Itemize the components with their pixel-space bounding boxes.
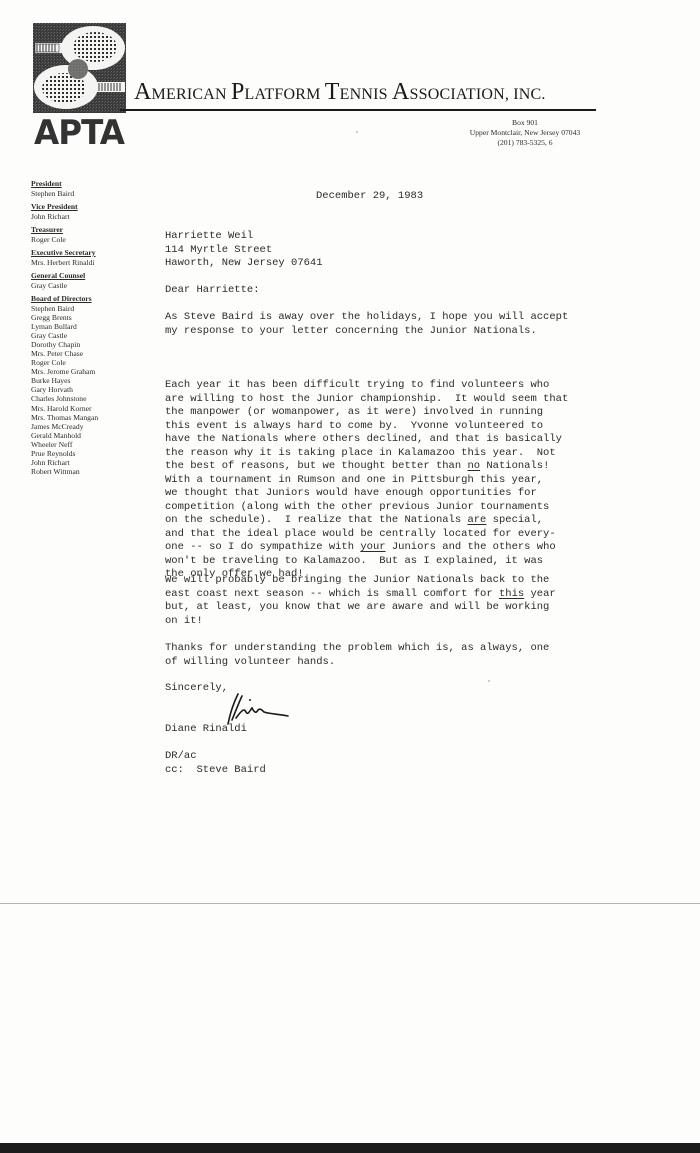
emphasis-underline: your [360,541,385,553]
emphasis-underline: no [467,460,480,472]
paddle-logo-icon: APTA [33,23,126,148]
board-member: Burke Hayes [31,376,141,385]
board-member: Mrs. Harold Korner [31,404,141,413]
board-member: Roger Cole [31,358,141,367]
apta-logo: APTA [33,23,126,148]
org-address: Box 901 Upper Montclair, New Jersey 0704… [440,118,610,148]
paper-speck [356,131,358,133]
recipient-address: Harriette Weil 114 Myrtle Street Haworth… [165,230,323,271]
officer-general-counsel: General Counsel Gray Castle [31,271,141,291]
address-line: Box 901 [440,118,610,128]
letter-date: December 29, 1983 [316,190,423,202]
board-member: Wheeler Neff [31,440,141,449]
recipient-name: Harriette Weil [165,230,323,244]
board-member: Prue Reynolds [31,449,141,458]
paper-speck [488,680,490,682]
board-member: Lyman Bullard [31,322,141,331]
org-word-2: PLATFORM [231,86,321,103]
org-word-4: ASSOCIATION, INC. [392,86,546,103]
board-member: Robert Wittman [31,467,141,476]
paper-fold-line [0,903,700,904]
board-member: Mrs. Jerome Graham [31,367,141,376]
signer-name: Diane Rinaldi [165,723,247,737]
typist-initials: DR/ac [165,750,197,764]
board-member: Charles Johnstone [31,394,141,403]
svg-text:APTA: APTA [34,113,126,148]
address-line: Upper Montclair, New Jersey 07043 [440,128,610,138]
board-member: Gregg Brents [31,313,141,322]
scan-edge [0,1143,700,1153]
paragraph-4: Thanks for understanding the problem whi… [165,642,549,669]
board-member: Gary Horvath [31,385,141,394]
phone-line: (201) 783-5325, 6 [440,138,610,148]
board-of-directors: Board of Directors Stephen Baird Gregg B… [31,294,141,476]
salutation: Dear Harriette: [165,284,260,298]
officer-treasurer: Treasurer Roger Cole [31,225,141,245]
officer-vice-president: Vice President John Richart [31,202,141,222]
board-member: Stephen Baird [31,304,141,313]
board-member: Dorothy Chapin [31,340,141,349]
paragraph-3: We will probably be bringing the Junior … [165,574,556,628]
officers-sidebar: President Stephen Baird Vice President J… [31,179,141,479]
emphasis-underline: are [467,514,486,526]
board-member: Gerald Manhold [31,431,141,440]
board-member: John Richart [31,458,141,467]
org-word-1: AMERICAN [134,86,227,103]
officer-president: President Stephen Baird [31,179,141,199]
recipient-street: 114 Myrtle Street [165,244,323,258]
letter-page: APTA AMERICAN PLATFORM TENNIS ASSOCIATIO… [0,0,700,1143]
letterhead-rule [120,109,596,111]
emphasis-underline: this [499,588,524,600]
paragraph-2: Each year it has been difficult trying t… [165,379,568,582]
board-member: Mrs. Peter Chase [31,349,141,358]
board-member: Mrs. Thomas Mangan [31,413,141,422]
organization-name: AMERICAN PLATFORM TENNIS ASSOCIATION, IN… [134,79,546,106]
recipient-city: Haworth, New Jersey 07641 [165,257,323,271]
officer-executive-secretary: Executive Secretary Mrs. Herbert Rinaldi [31,248,141,268]
org-word-3: TENNIS [325,86,388,103]
carbon-copy: cc: Steve Baird [165,764,266,778]
paragraph-1: As Steve Baird is away over the holidays… [165,311,568,338]
board-member: Gray Castle [31,331,141,340]
board-member: James McCready [31,422,141,431]
